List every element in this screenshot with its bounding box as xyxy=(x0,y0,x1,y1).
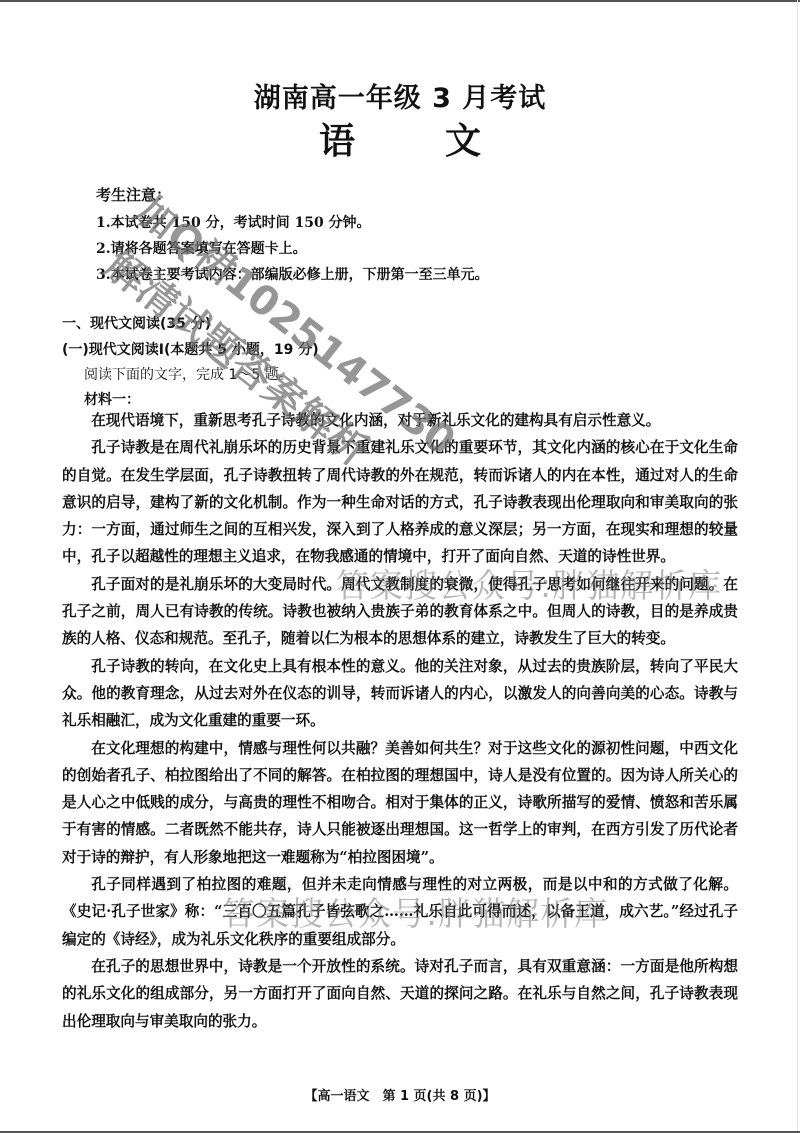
top-border xyxy=(0,0,800,2)
subject-char-2: 文 xyxy=(445,113,481,164)
notice-heading: 考生注意： xyxy=(96,184,171,205)
paragraph: 在现代语境下，重新思考孔子诗教的文化内涵，对于新礼乐文化的建构具有启示性意义。 xyxy=(62,407,738,434)
exam-page: 湖南高一年级 3 月考试 语文 考生注意： 1.本试卷共 150 分，考试时间 … xyxy=(0,0,800,1133)
section-heading: 一、现代文阅读(35 分) xyxy=(62,313,211,333)
notice-item: 1.本试卷共 150 分，考试时间 150 分钟。 xyxy=(96,212,371,232)
paragraph: 在孔子的思想世界中，诗教是一个开放性的系统。诗对孔子而言，具有双重意涵：一方面是… xyxy=(62,953,738,1035)
paragraph: 孔子面对的是礼崩乐坏的大变局时代。周代文教制度的衰微，使得孔子思考如何继往开来的… xyxy=(62,571,738,653)
exam-title: 湖南高一年级 3 月考试 xyxy=(0,76,800,115)
notice-item: 3.本试卷主要考试内容：部编版必修上册，下册第一至三单元。 xyxy=(96,264,489,284)
subject-title: 语文 xyxy=(0,113,800,164)
paragraph: 孔子同样遇到了柏拉图的难题，但并未走向情感与理性的对立两极，而是以中和的方式做了… xyxy=(62,871,738,953)
page-footer: 【高一语文 第 1 页(共 8 页)】 xyxy=(0,1085,800,1104)
sub-section-heading: (一)现代文阅读Ⅰ(本题共 5 小题，19 分) xyxy=(62,339,319,359)
material-label: 材料一： xyxy=(84,389,140,409)
reading-passage: 在现代语境下，重新思考孔子诗教的文化内涵，对于新礼乐文化的建构具有启示性意义。 … xyxy=(62,407,738,1035)
paragraph: 在文化理想的构建中，情感与理性何以共融？美善如何共生？对于这些文化的源初性问题，… xyxy=(62,735,738,871)
reading-instruction: 阅读下面的文字，完成 1～5 题。 xyxy=(84,364,293,384)
paragraph: 孔子诗教是在周代礼崩乐坏的历史背景下重建礼乐文化的重要环节，其文化内涵的核心在于… xyxy=(62,434,738,570)
page-edge xyxy=(797,0,798,1133)
notice-item: 2.请将各题答案填写在答题卡上。 xyxy=(96,238,307,258)
subject-char-1: 语 xyxy=(319,113,355,164)
paragraph: 孔子诗教的转向，在文化史上具有根本性的意义。他的关注对象，从过去的贵族阶层，转向… xyxy=(62,653,738,735)
